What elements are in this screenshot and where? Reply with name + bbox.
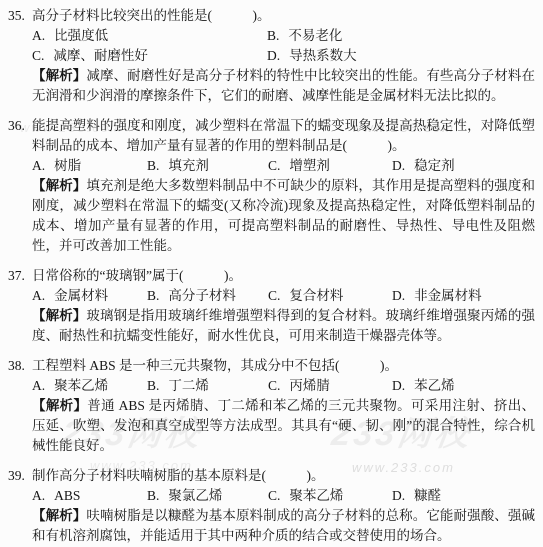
option-c: C.复合材料 — [268, 286, 392, 306]
option-label: B. — [147, 156, 159, 176]
options-row: A.树脂 B.填充剂 C.增塑剂 D.稳定剂 — [32, 156, 535, 176]
question-number: 39. — [8, 466, 25, 486]
option-c: C.减摩、耐磨性好 — [32, 46, 267, 66]
option-c: C.增塑剂 — [268, 156, 392, 176]
option-text: 高分子材料 — [168, 288, 236, 303]
option-b: B.高分子材料 — [147, 286, 268, 306]
option-text: 增塑剂 — [289, 158, 330, 173]
analysis-text: 填充剂是绝大多数塑料制品中不可缺少的原料，其作用是提高塑料的强度和刚度，减少塑料… — [32, 178, 535, 253]
option-a: A.聚苯乙烯 — [32, 376, 147, 396]
option-b: B.丁二烯 — [147, 376, 268, 396]
option-text: 比强度低 — [54, 28, 108, 43]
option-label: A. — [32, 376, 45, 396]
option-text: 非金属材料 — [414, 288, 482, 303]
option-label: C. — [268, 286, 280, 306]
analysis-text: 普通 ABS 是丙烯腈、丁二烯和苯乙烯的三元共聚物。可采用注射、挤出、压延、吹塑… — [32, 398, 535, 453]
option-label: B. — [147, 486, 159, 506]
option-a: A.比强度低 — [32, 26, 267, 46]
analysis: 【解析】呋喃树脂是以糠醛为基本原料制成的高分子材料的总称。它能耐强酸、强碱和有机… — [32, 506, 535, 546]
option-label: A. — [32, 286, 45, 306]
option-label: C. — [268, 156, 280, 176]
option-text: 导热系数大 — [289, 48, 357, 63]
option-c: C.丙烯腈 — [268, 376, 392, 396]
option-text: 不易老化 — [288, 28, 342, 43]
question-stem: 工程塑料 ABS 是一种三元共聚物，其成分中不包括( )。 — [32, 356, 535, 376]
analysis: 【解析】填充剂是绝大多数塑料制品中不可缺少的原料，其作用是提高塑料的强度和刚度，… — [32, 176, 535, 256]
options-row: A.比强度低 B.不易老化 C.减摩、耐磨性好 D.导热系数大 — [32, 26, 535, 66]
option-d: D.非金属材料 — [392, 286, 535, 306]
question-number: 35. — [8, 6, 25, 26]
analysis-tag: 【解析】 — [32, 508, 86, 523]
option-text: 聚氯乙烯 — [168, 488, 222, 503]
question-number: 37. — [8, 266, 25, 286]
options-row: A.聚苯乙烯 B.丁二烯 C.丙烯腈 D.苯乙烯 — [32, 376, 535, 396]
option-text: 丙烯腈 — [289, 378, 330, 393]
option-label: D. — [392, 376, 405, 396]
option-d: D.稳定剂 — [392, 156, 535, 176]
question-stem: 制作高分子材料呋喃树脂的基本原料是( )。 — [32, 466, 535, 486]
analysis: 【解析】玻璃钢是指用玻璃纤维增强塑料得到的复合材料。玻璃纤维增强聚丙烯的强度、耐… — [32, 306, 535, 346]
document-page: www.233.com www.233.com 233网校 233网校 www.… — [0, 0, 543, 547]
option-label: B. — [147, 376, 159, 396]
question-number: 38. — [8, 356, 25, 376]
option-label: D. — [392, 286, 405, 306]
option-label: B. — [267, 26, 279, 46]
option-label: D. — [392, 486, 405, 506]
analysis-text: 玻璃钢是指用玻璃纤维增强塑料得到的复合材料。玻璃纤维增强聚丙烯的强度、耐热性和抗… — [32, 308, 535, 343]
analysis-tag: 【解析】 — [32, 398, 87, 413]
question-38: 38. 工程塑料 ABS 是一种三元共聚物，其成分中不包括( )。 A.聚苯乙烯… — [8, 356, 535, 456]
option-text: 聚苯乙烯 — [289, 488, 343, 503]
question-number: 36. — [8, 116, 25, 136]
question-39: 39. 制作高分子材料呋喃树脂的基本原料是( )。 A.ABS B.聚氯乙烯 C… — [8, 466, 535, 546]
analysis: 【解析】普通 ABS 是丙烯腈、丁二烯和苯乙烯的三元共聚物。可采用注射、挤出、压… — [32, 396, 535, 456]
option-text: 苯乙烯 — [414, 378, 455, 393]
option-a: A.ABS — [32, 486, 147, 506]
option-text: ABS — [54, 488, 80, 503]
option-text: 填充剂 — [168, 158, 209, 173]
option-label: A. — [32, 26, 45, 46]
analysis: 【解析】减摩、耐磨性好是高分子材料的特性中比较突出的性能。有些高分子材料在无润滑… — [32, 66, 535, 106]
option-label: A. — [32, 156, 45, 176]
analysis-tag: 【解析】 — [32, 308, 86, 323]
analysis-text: 呋喃树脂是以糠醛为基本原料制成的高分子材料的总称。它能耐强酸、强碱和有机溶剂腐蚀… — [32, 508, 535, 543]
option-label: B. — [147, 286, 159, 306]
option-d: D.导热系数大 — [267, 46, 535, 66]
option-label: A. — [32, 486, 45, 506]
question-37: 37. 日常俗称的“玻璃钢”属于( )。 A.金属材料 B.高分子材料 C.复合… — [8, 266, 535, 346]
option-label: D. — [267, 46, 280, 66]
option-b: B.填充剂 — [147, 156, 268, 176]
question-35: 35. 高分子材料比较突出的性能是( )。 A.比强度低 B.不易老化 C.减摩… — [8, 6, 535, 106]
option-text: 聚苯乙烯 — [54, 378, 108, 393]
option-a: A.金属材料 — [32, 286, 147, 306]
option-label: C. — [32, 46, 44, 66]
option-text: 树脂 — [54, 158, 81, 173]
options-row: A.ABS B.聚氯乙烯 C.聚苯乙烯 D.糠醛 — [32, 486, 535, 506]
analysis-text: 减摩、耐磨性好是高分子材料的特性中比较突出的性能。有些高分子材料在无润滑和少润滑… — [32, 68, 535, 103]
option-b: B.聚氯乙烯 — [147, 486, 268, 506]
option-b: B.不易老化 — [267, 26, 535, 46]
option-label: C. — [268, 376, 280, 396]
option-d: D.糠醛 — [392, 486, 535, 506]
analysis-tag: 【解析】 — [32, 178, 86, 193]
question-stem: 日常俗称的“玻璃钢”属于( )。 — [32, 266, 535, 286]
option-text: 复合材料 — [289, 288, 343, 303]
question-stem: 能提高塑料的强度和刚度，减少塑料在常温下的蠕变现象及提高热稳定性，对降低塑料制品… — [32, 116, 535, 156]
option-label: D. — [392, 156, 405, 176]
option-c: C.聚苯乙烯 — [268, 486, 392, 506]
question-stem: 高分子材料比较突出的性能是( )。 — [32, 6, 535, 26]
question-36: 36. 能提高塑料的强度和刚度，减少塑料在常温下的蠕变现象及提高热稳定性，对降低… — [8, 116, 535, 256]
option-text: 稳定剂 — [414, 158, 455, 173]
option-a: A.树脂 — [32, 156, 147, 176]
option-d: D.苯乙烯 — [392, 376, 535, 396]
analysis-tag: 【解析】 — [32, 68, 86, 83]
option-text: 丁二烯 — [168, 378, 209, 393]
options-row: A.金属材料 B.高分子材料 C.复合材料 D.非金属材料 — [32, 286, 535, 306]
option-label: C. — [268, 486, 280, 506]
option-text: 金属材料 — [54, 288, 108, 303]
option-text: 减摩、耐磨性好 — [53, 48, 148, 63]
option-text: 糠醛 — [414, 488, 441, 503]
